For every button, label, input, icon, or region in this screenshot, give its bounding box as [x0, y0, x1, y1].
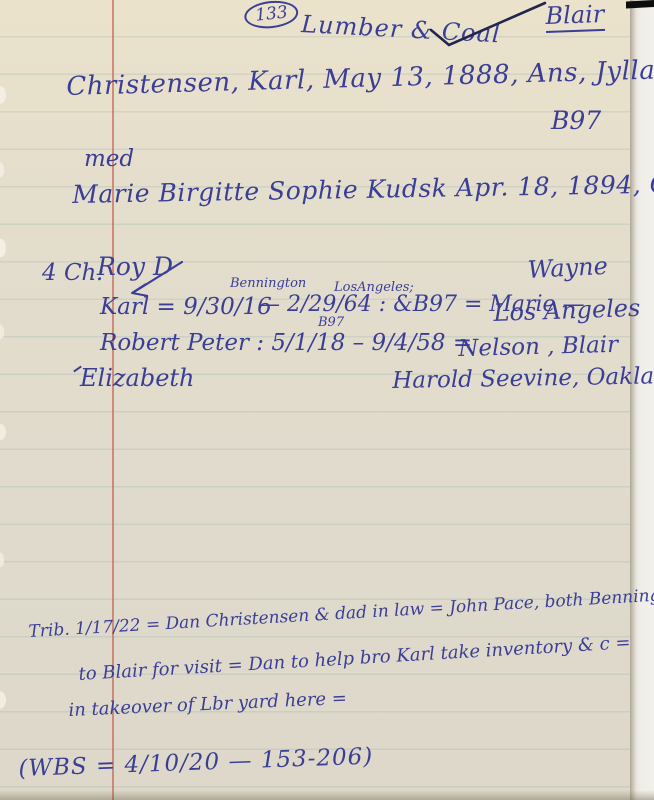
- location-label: Blair: [545, 0, 605, 30]
- source-citation: (WBS = 4/10/20 — 153-206): [18, 744, 374, 782]
- child-spouse-harold-oakland: Harold Seevine, Oakland: [392, 363, 654, 394]
- reference-code: B97: [551, 106, 601, 135]
- child-karl-dates-1: Karl = 9/30/16: [100, 294, 272, 320]
- page-number: 133: [243, 0, 300, 31]
- child-robert-line: Robert Peter : 5/1/18 – 9/4/58 =: [100, 330, 472, 356]
- child-residence-nelson-blair: Nelson , Blair: [458, 332, 618, 362]
- bottom-shadow: [0, 790, 654, 800]
- child-karl-place-sup2: LosAngeles;: [334, 280, 414, 295]
- child-robert-code-sup: B97: [318, 315, 344, 330]
- scan-corner-shadow: [626, 0, 654, 8]
- location-text: Blair: [545, 0, 605, 33]
- child-residence-losangeles: Los Angeles: [493, 294, 641, 327]
- child-residence-wayne: Wayne: [527, 252, 608, 284]
- children-count-label: 4 Ch:: [42, 260, 104, 286]
- child-name-elizabeth: Elizabeth: [80, 364, 195, 392]
- note-line-2: to Blair for visit = Dan to help bro Kar…: [78, 632, 631, 685]
- torn-binding-edge: [0, 0, 10, 800]
- page-edge: [630, 0, 654, 800]
- checkmark-icon: [425, 0, 555, 50]
- ledger-page-scan: 133 Lumber & Coal Blair Christensen, Kar…: [0, 0, 654, 800]
- married-label: med: [84, 146, 134, 172]
- note-line-3: in takeover of Lbr yard here =: [68, 688, 347, 721]
- note-line-1: Trib. 1/17/22 = Dan Christensen & dad in…: [28, 584, 654, 642]
- subject-name-line: Christensen, Karl, May 13, 1888, Ans, Jy…: [66, 54, 654, 102]
- child-karl-place-sup1: Bennington: [230, 276, 306, 291]
- spouse-line: Marie Birgitte Sophie Kudsk Apr. 18, 189…: [72, 169, 654, 209]
- page-number-badge: 133: [243, 0, 300, 31]
